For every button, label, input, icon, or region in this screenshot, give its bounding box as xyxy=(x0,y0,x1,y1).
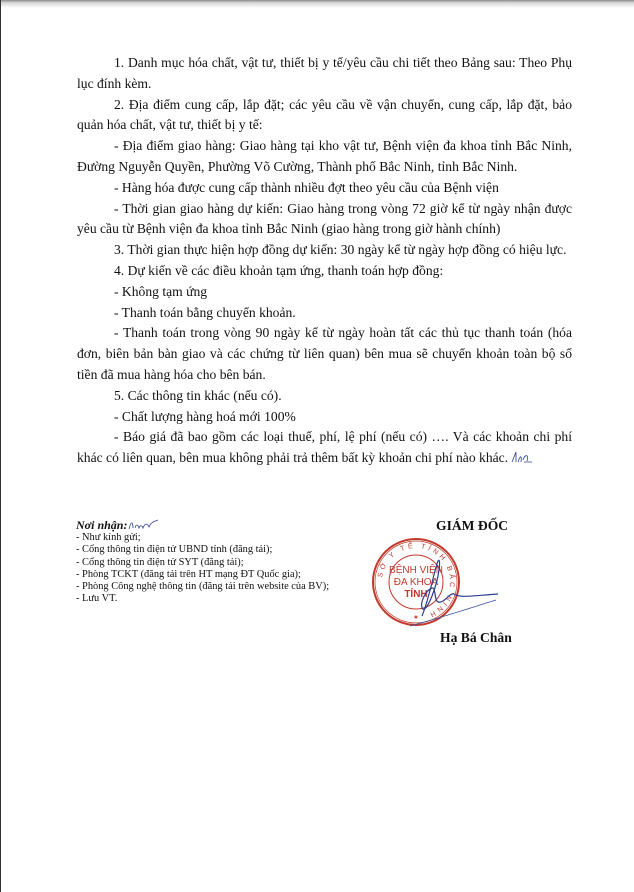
viewer-top-shadow xyxy=(0,0,634,8)
document-body: 1. Danh mục hóa chất, vật tư, thiết bị y… xyxy=(77,53,572,469)
document-paragraph: 3. Thời gian thực hiện hợp đồng dự kiến:… xyxy=(77,240,572,261)
document-paragraph: 5. Các thông tin khác (nếu có). xyxy=(77,386,572,407)
paragraph-text: - Thanh toán trong vòng 90 ngày kể từ ng… xyxy=(77,325,572,382)
initials-mark-icon xyxy=(127,519,159,531)
recipient-item: - Phòng Công nghệ thông tin (đăng tải tr… xyxy=(76,581,376,593)
recipient-item: - Lưu VT. xyxy=(76,593,376,605)
paragraph-text: 2. Địa điểm cung cấp, lắp đặt; các yêu c… xyxy=(77,97,572,133)
paragraph-text: - Chất lượng hàng hoá mới 100% xyxy=(114,409,296,424)
document-paragraph: - Báo giá đã bao gồm các loại thuế, phí,… xyxy=(77,427,572,469)
paragraph-text: 3. Thời gian thực hiện hợp đồng dự kiến:… xyxy=(114,242,566,257)
paragraph-text: - Thời gian giao hàng dự kiến: Giao hàng… xyxy=(77,201,572,237)
document-paragraph: - Thanh toán bằng chuyển khoản. xyxy=(77,303,572,324)
recipients-block: Nơi nhận: - Như kính gửi;- Cổng thông ti… xyxy=(76,518,376,606)
document-paragraph: - Không tạm ứng xyxy=(77,282,572,303)
viewer-left-edge xyxy=(0,0,1,892)
document-paragraph: 4. Dự kiến về các điều khoản tạm ứng, th… xyxy=(77,261,572,282)
paragraph-text: - Địa điểm giao hàng: Giao hàng tại kho … xyxy=(77,138,572,174)
paragraph-text: - Báo giá đã bao gồm các loại thuế, phí,… xyxy=(77,429,572,465)
recipients-list: - Như kính gửi;- Cổng thông tin điện tử … xyxy=(76,532,376,606)
signer-name: Hạ Bá Chân xyxy=(440,630,512,646)
document-paragraph: - Thời gian giao hàng dự kiến: Giao hàng… xyxy=(77,199,572,241)
document-paragraph: - Thanh toán trong vòng 90 ngày kể từ ng… xyxy=(77,323,572,385)
recipients-title-text: Nơi nhận: xyxy=(76,518,127,532)
handwritten-signature-icon xyxy=(410,556,500,628)
recipient-item: - Cổng thông tin điện tử SYT (đăng tải); xyxy=(76,557,376,569)
paragraph-text: 4. Dự kiến về các điều khoản tạm ứng, th… xyxy=(114,263,443,278)
document-paragraph: 2. Địa điểm cung cấp, lắp đặt; các yêu c… xyxy=(77,95,572,137)
signature-title: GIÁM ĐỐC xyxy=(436,518,508,534)
paragraph-text: - Không tạm ứng xyxy=(114,284,207,299)
recipient-item: - Như kính gửi; xyxy=(76,532,376,544)
recipient-item: - Cổng thông tin điện tử UBND tỉnh (đăng… xyxy=(76,544,376,556)
recipient-item: - Phòng TCKT (đăng tải trên HT mạng ĐT Q… xyxy=(76,569,376,581)
recipients-title: Nơi nhận: xyxy=(76,518,376,532)
paragraph-text: 5. Các thông tin khác (nếu có). xyxy=(114,388,282,403)
document-paragraph: - Chất lượng hàng hoá mới 100% xyxy=(77,407,572,428)
paragraph-text: - Hàng hóa được cung cấp thành nhiều đợt… xyxy=(114,180,499,195)
document-paragraph: - Địa điểm giao hàng: Giao hàng tại kho … xyxy=(77,136,572,178)
document-paragraph: - Hàng hóa được cung cấp thành nhiều đợt… xyxy=(77,178,572,199)
paragraph-text: - Thanh toán bằng chuyển khoản. xyxy=(114,305,296,320)
document-paragraph: 1. Danh mục hóa chất, vật tư, thiết bị y… xyxy=(77,53,572,95)
initials-mark-icon xyxy=(510,450,532,464)
paragraph-text: 1. Danh mục hóa chất, vật tư, thiết bị y… xyxy=(77,55,572,91)
